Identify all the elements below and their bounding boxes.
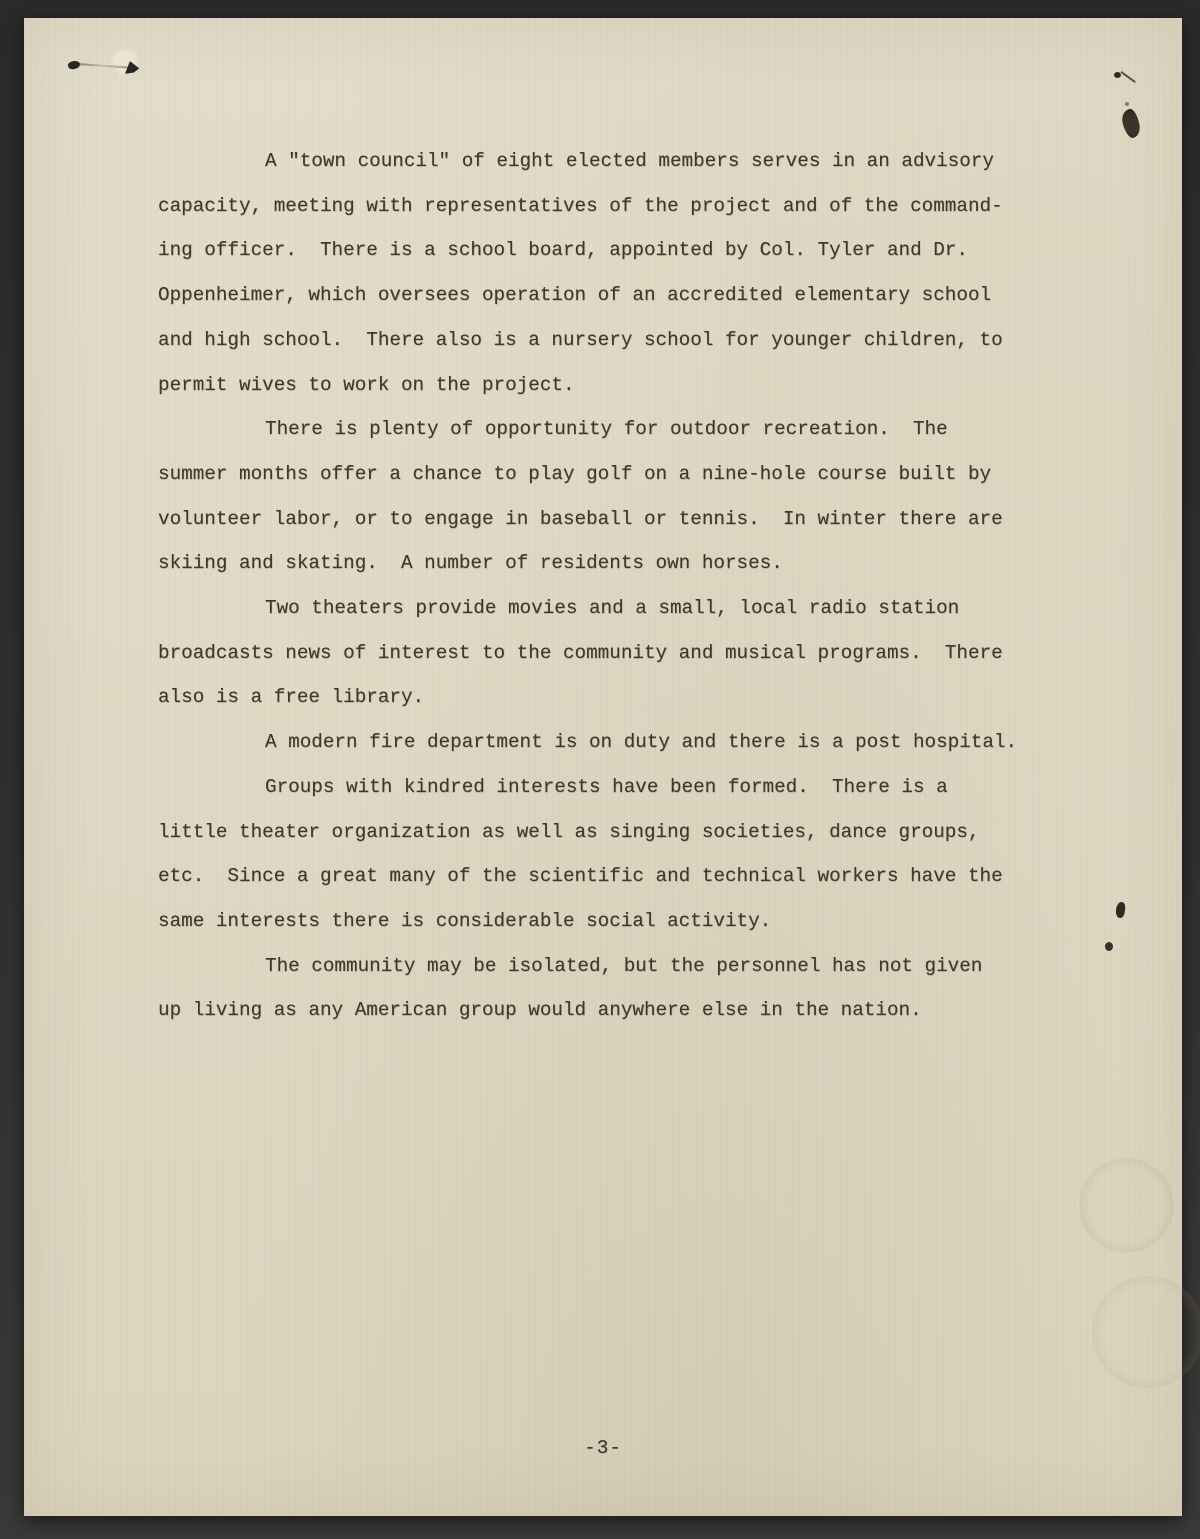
paragraph-outdoor-recreation: There is plenty of opportunity for outdo… <box>158 407 1053 586</box>
ink-blot-top-right <box>1120 108 1142 140</box>
paragraph-fire-hospital: A modern fire department is on duty and … <box>158 720 1053 765</box>
document-body: A "town council" of eight elected member… <box>158 139 1053 1033</box>
paper-smudge-upper <box>1079 1158 1174 1253</box>
paragraph-social-groups: Groups with kindred interests have been … <box>158 765 1053 944</box>
ink-speck-right-lower <box>1105 942 1113 951</box>
paper-smudge-lower <box>1092 1276 1200 1388</box>
paragraph-community-isolated: The community may be isolated, but the p… <box>158 944 1053 1033</box>
ink-speck-top-right <box>1125 102 1129 106</box>
ink-mark-top-right-stroke <box>1120 71 1136 84</box>
ink-speck-right-upper <box>1115 901 1126 918</box>
paragraph-theaters-radio: Two theaters provide movies and a small,… <box>158 586 1053 720</box>
ink-mark-top-left-dot <box>67 60 81 71</box>
paragraph-town-council: A "town council" of eight elected member… <box>158 139 1053 407</box>
paper-sheet: A "town council" of eight elected member… <box>24 18 1182 1516</box>
page-number: -3- <box>24 1437 1182 1459</box>
paper-flaw-spot <box>110 48 140 76</box>
